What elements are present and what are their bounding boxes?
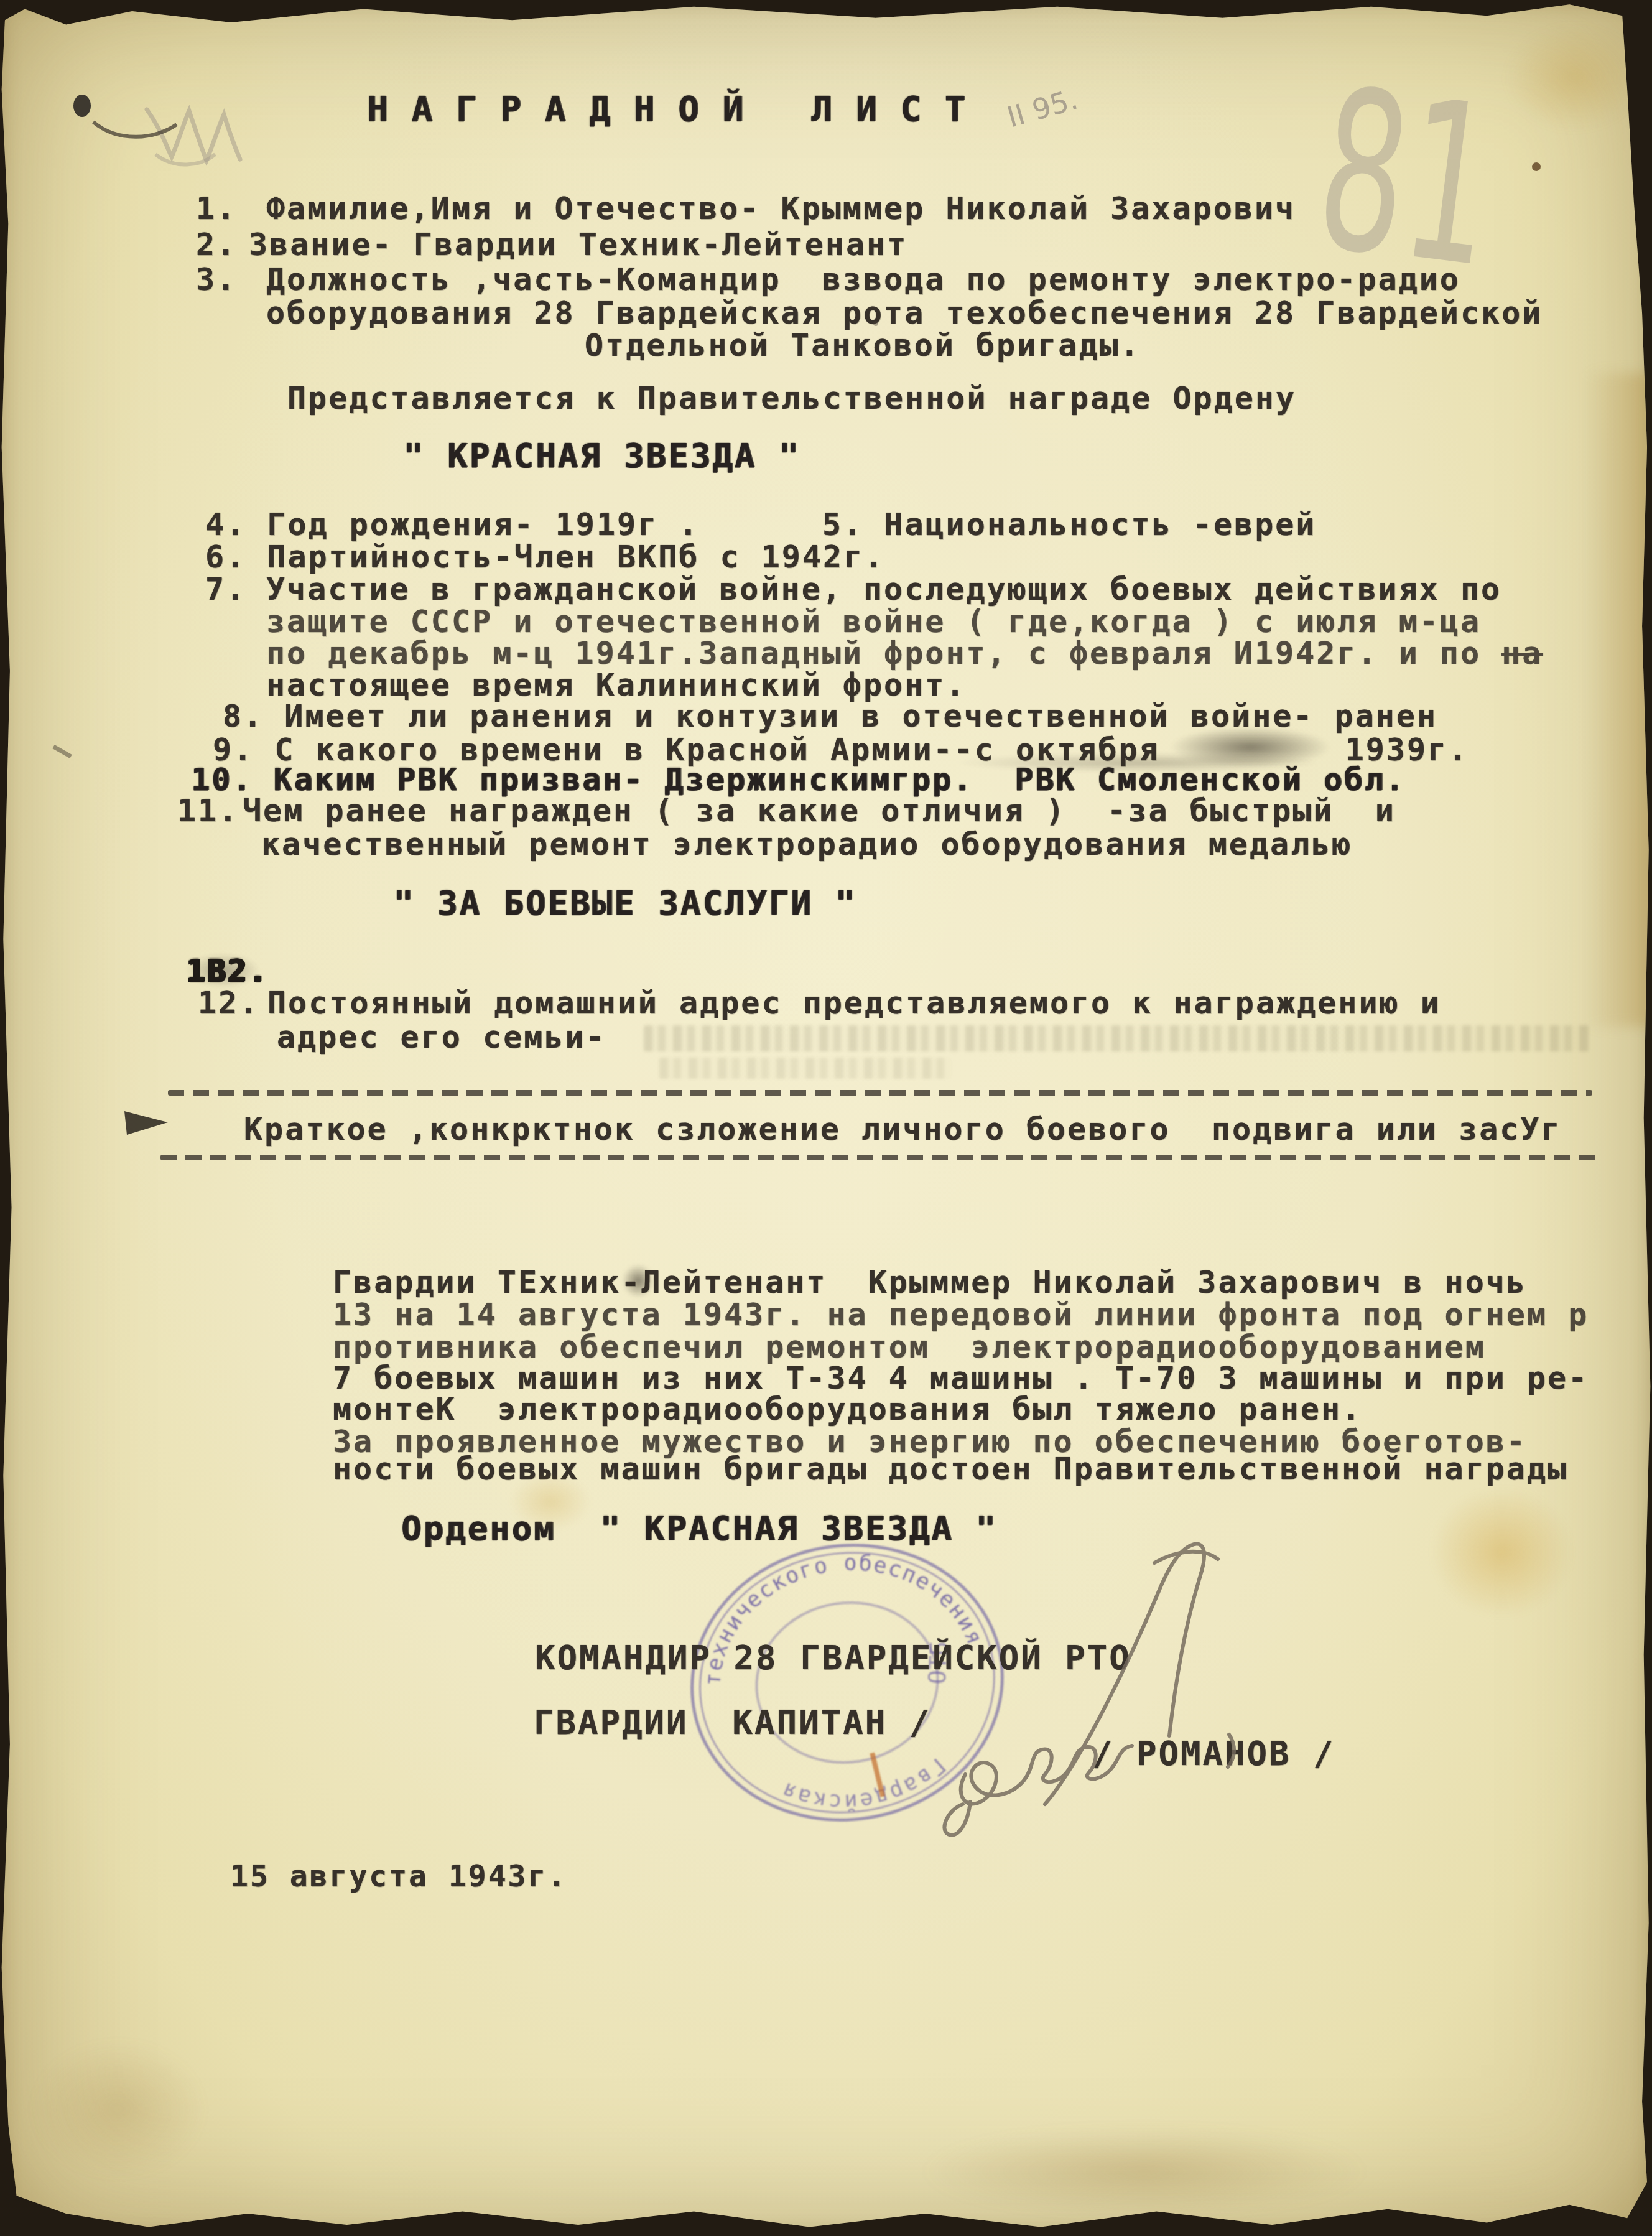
- stamp-outer-ring-inner-line: [681, 1532, 1013, 1833]
- overtype-smear-field10: [952, 753, 1325, 773]
- paper-stain-bottom-left: [31, 2041, 205, 2178]
- paper-stain-bottom: [921, 2128, 1368, 2215]
- field-3-position-line1: Должность ,часть-Командир взвода по ремо…: [266, 264, 1460, 295]
- paper-edge-stain-right: [1585, 373, 1652, 1027]
- overtype-blot-citation: [622, 1264, 654, 1298]
- signature-title-line: КОМАНДИР 28 ГВАРДЕЙСКОЙ РТО: [535, 1641, 1131, 1675]
- field-2-rank: Звание- Гвардии Техник-Лейтенант: [249, 229, 907, 260]
- award-order-name: " КРАСНАЯ ЗВЕЗДА ": [403, 439, 800, 473]
- paper-stain: [1431, 1487, 1574, 1618]
- field-4-birth-year: 4. Год рождения- 1919г .: [205, 509, 699, 540]
- citation-line-5: монтеК электрорадиооборудования был тяже…: [333, 1394, 1362, 1425]
- scanned-document: { "page": { "title": "Н А Г Р А Д Н О Й …: [0, 0, 1652, 2236]
- pencil-squiggle: [147, 109, 240, 161]
- signature-rank-line: ГВАРДИИ КАПИТАН /: [534, 1706, 931, 1740]
- erased-address-fragment: [659, 1058, 952, 1079]
- field-11-prior-awards-line2: качественный ремонт электрорадио оборудо…: [261, 829, 1352, 860]
- field-5-nationality: 5. Национальность -еврей: [822, 509, 1316, 540]
- field-2-number: 2.: [196, 229, 237, 260]
- field-11-number: 11.: [177, 795, 239, 826]
- signature-name: / РОМАНОВ /: [1092, 1737, 1335, 1771]
- ink-blot: [73, 95, 91, 117]
- pencil-note: II 95.: [1003, 82, 1081, 134]
- field-7-service-line4: настоящее время Калининский фронт.: [266, 669, 967, 701]
- dashed-separator-bottom: [160, 1155, 1597, 1160]
- issue-date: 15 августа 1943г.: [230, 1861, 567, 1891]
- citation-line-1: Гвардии ТЕхник-Лейтенант Крыммер Николай…: [333, 1267, 1527, 1298]
- field-12-address-line1: Постоянный домашний адрес представляемог…: [267, 987, 1441, 1018]
- margin-arrow-mark: [124, 1111, 168, 1135]
- document-page: Н А Г Р А Д Н О Й Л И С Т 1. Фамилие,Имя…: [0, 0, 1652, 2236]
- page-title: Н А Г Р А Д Н О Й Л И С Т: [367, 92, 967, 127]
- citation-line-3: противника обеспечил ремонтом электрорад…: [333, 1331, 1486, 1363]
- erased-address-line: [644, 1025, 1589, 1051]
- stamp-inner-ring: [745, 1590, 949, 1776]
- field-12-address-line2: адрес его семьи-: [277, 1022, 606, 1053]
- field-7-service-line3: по декабрь м-ц 1941г.Западный фронт, с ф…: [266, 638, 1543, 669]
- field-6-party: 6. Партийность-Член ВКПб с 1942г.: [205, 541, 884, 572]
- paper-stain-top-right: [1505, 25, 1642, 131]
- field-11-prior-awards-line1: Чем ранее награжден ( за какие отличия )…: [243, 795, 1396, 826]
- paper-speck: [1532, 162, 1541, 171]
- presentation-line: Представляется к Правительственной награ…: [287, 383, 1296, 414]
- field-7-service-line1: Участие в гражданской войне, последующих…: [266, 574, 1501, 605]
- citation-line-2: 13 на 14 августа 1943г. на передовой лин…: [333, 1299, 1589, 1330]
- field-3-number: 3.: [196, 264, 237, 295]
- citation-line-7: ности боевых машин бригады достоен Прави…: [333, 1453, 1568, 1484]
- field-3-position-line2: оборудования 28 Гвардейская рота техобес…: [266, 297, 1543, 328]
- field-1-name: Фамилие,Имя и Отечество- Крыммер Николай…: [266, 193, 1296, 224]
- citation-line-4: 7 боевых машин из них Т-34 4 машины . Т-…: [333, 1363, 1589, 1394]
- field-7-service-line3-text: по декабрь м-ц 1941г.Западный фронт, с ф…: [266, 635, 1501, 671]
- pencil-squiggle-tail: [155, 154, 215, 165]
- field-12-number: 12.: [198, 987, 259, 1018]
- field-7-number: 7.: [205, 574, 246, 605]
- field-3-position-line3: Отдельной Танковой бригады.: [585, 330, 1141, 361]
- margin-tick: [53, 747, 71, 757]
- obliteration-smear: [185, 953, 260, 988]
- brief-description-header: Краткое ,конкрктнок сзложение личного бо…: [244, 1114, 1562, 1145]
- round-stamp: технического обеспечения Гвардейская ОТБ: [664, 1512, 1042, 1853]
- field-1-number: 1.: [196, 193, 237, 224]
- ink-scratch: [93, 122, 177, 137]
- award-medal-name: " ЗА БОЕВЫЕ ЗАСЛУГИ ": [393, 887, 857, 920]
- dashed-separator-top: [168, 1090, 1592, 1096]
- field-7-service-line2: защите СССР и отечественной войне ( где,…: [266, 606, 1481, 637]
- struck-word: на: [1501, 635, 1543, 671]
